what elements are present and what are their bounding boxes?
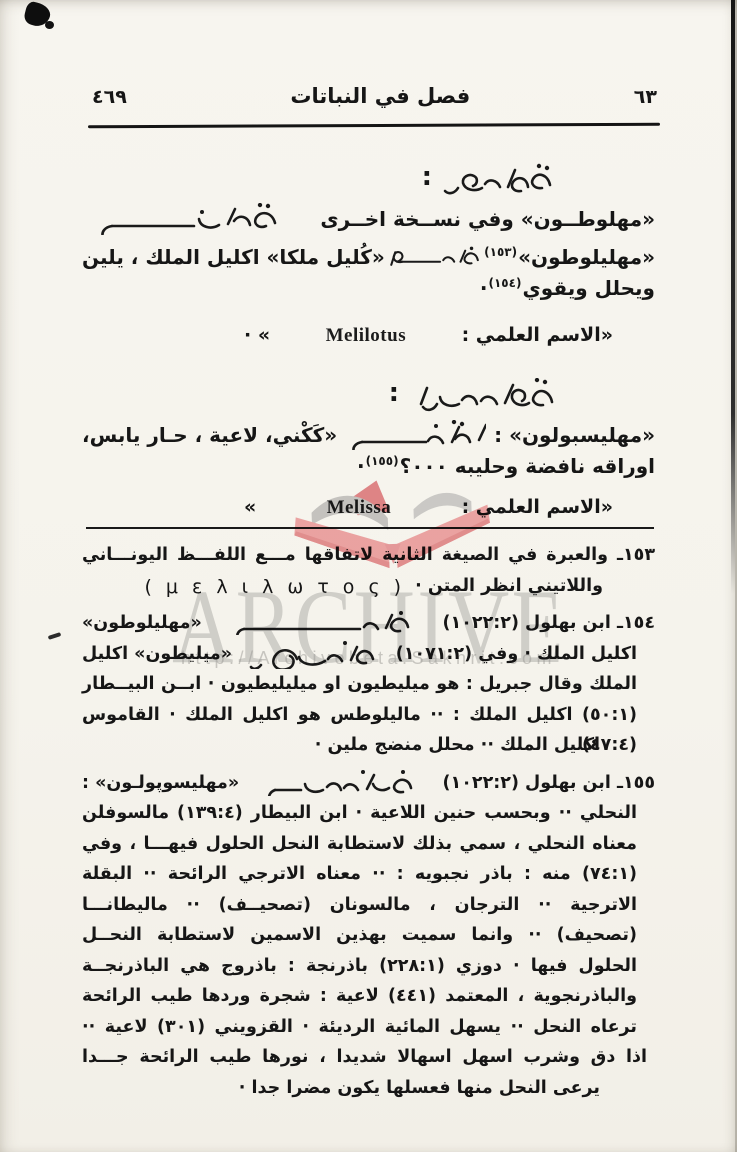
scan-ink-speck — [45, 21, 54, 29]
closing-quote: » — [244, 496, 256, 518]
footnote-154-line-2: اكليل الملك · وفي (١٠٧١:٢) «ميليطون» اكل… — [82, 639, 655, 670]
footnote-155-source: ١٥٥ـ ابن بهلول (١٠٢٢:٢) — [443, 773, 655, 793]
footnote-155-line-6: (تصحيف) ·· وانما سميت بهذين الاسمين لاست… — [82, 920, 655, 951]
entry2-line-1: «مهليسبولون» : «كَكْني، لاعية ، حـار ياب… — [82, 416, 655, 454]
syriac-word-fn154-militon — [249, 639, 379, 669]
footnote-153-line-1: ١٥٣ـ والعبرة في الصيغة الثانية لاتفاقها … — [82, 540, 655, 571]
entry1-line2-text: «كُليل ملكا» اكليل الملك ، يلين — [82, 245, 385, 269]
scanned-book-page: ٦٣ فصل في النباتات ٤٦٩ : «مهلوطــون» وفي… — [0, 0, 737, 1152]
scientific-name-melissa: Melissa — [327, 497, 392, 519]
entry1-line2-right: «مهليلوطون»(١٥٣) — [483, 245, 655, 269]
footnote-154-text: اكليل الملك · وفي (١٠٧١:٢) — [396, 644, 637, 664]
entry1-syriac-heading: : — [82, 160, 655, 200]
footnote-154-line-1: ١٥٤ـ ابن بهلول (١٠٢٢:٢) «مهليلوطون» — [82, 608, 655, 639]
footnote-154-line-4: (٥٠:١) اكليل الملك : ·· ماليلوطس هو اكلي… — [82, 700, 655, 731]
footnote-155-word: «مهليسوپولـون» : — [82, 773, 239, 793]
entry2-line1-word: «مهليسبولون» : — [494, 423, 655, 447]
footnote-155-line-9: ترعاه النحل ·· يسهل المائية الرديئة · ال… — [82, 1012, 655, 1043]
footnote-ref-154: (١٥٤) — [489, 276, 522, 290]
footnote-155-line-3: معناه النحلي ، سمي بذلك لاستطابة النحل ا… — [82, 829, 655, 860]
entry2-line1-text: «كَكْني، لاعية ، حـار يابس، — [82, 423, 337, 447]
closing-quote: » · — [244, 324, 270, 346]
footnote-154-line-5: اكليل الملك ·· محلل منضج ملين · — [82, 730, 655, 761]
entry1-line-3: ويحلل ويقوي(١٥٤)· — [82, 276, 655, 314]
footnotes-section: ١٥٣ـ والعبرة في الصيغة الثانية لاتفاقها … — [82, 540, 655, 1103]
entry1-line-2: «مهليلوطون»(١٥٣) «كُليل ملكا» اكليل المل… — [82, 238, 655, 276]
entry1-line1-text: «مهلوطــون» وفي نســخة اخــرى — [320, 207, 655, 231]
footnote-154-word2: «ميليطون» اكليل — [82, 644, 232, 664]
footnote-153-line-2: واللاتيني انظر المتن · ( μ ε λ ι λ ω τ ο… — [82, 571, 655, 602]
entry2-line-2: اوراقه نافضة وحليبه ٠٠٠؟(١٥٥)· — [82, 454, 655, 492]
sentence-dot: · — [480, 276, 488, 300]
greek-word-melilotos: ( μ ε λ ι λ ω τ ο ς ) — [144, 576, 405, 598]
syriac-word-melissa-heading — [409, 378, 559, 414]
footnote-155-line-8: والباذرنجوية ، المعتمد (٤٤١) لاعية : شجر… — [82, 981, 655, 1012]
footnote-154-word: «مهليلوطون» — [82, 613, 202, 633]
footnote-155-line-11: يرعى النحل منها فعسلها يكون مضرا جدا · — [82, 1073, 655, 1104]
syriac-word-fn154-melilotun — [230, 611, 415, 635]
entry2-line2-text: اوراقه نافضة وحليبه ٠٠٠؟ — [400, 454, 655, 478]
footnote-155-line-10: اذا دق وشرب اسهل اسهالا شديدا ، نورها طي… — [82, 1042, 655, 1073]
footnote-separator-rule — [86, 527, 654, 529]
footnote-153-arabic: واللاتيني انظر المتن · — [415, 576, 603, 596]
syriac-word-klil-malka — [385, 243, 483, 271]
footnote-155-line-2: النحلي ·· وبحسب حنين اللاعية · ابن البيط… — [82, 798, 655, 829]
entry2-syriac-heading: : — [82, 376, 655, 416]
page-title: فصل في النباتات — [290, 84, 470, 108]
footnote-154-source: ١٥٤ـ ابن بهلول (١٠٢٢:٢) — [443, 613, 655, 633]
footnote-ref-153: (١٥٣) — [484, 245, 517, 259]
sentence-dot: · — [357, 454, 365, 478]
scientific-name-label: «الاسم العلمي : — [462, 496, 613, 518]
syriac-word-fn155-melisopoli — [263, 770, 418, 796]
syriac-word-melilotun — [82, 203, 282, 235]
page-number-right: ٦٣ — [634, 86, 657, 108]
scientific-name-label: «الاسم العلمي : — [462, 324, 613, 346]
header-rule — [88, 123, 660, 128]
entry1-line2-word: «مهليلوطون» — [518, 245, 655, 269]
scientific-name-melilotus: Melilotus — [326, 325, 407, 347]
footnote-155-line-4: (٧٤:١) منه : باذر نجبويه : ·· معناه الات… — [82, 859, 655, 890]
footnote-154-line-3: الملك وقال جبريل : هو ميليطيون او ميليلي… — [82, 669, 655, 700]
scan-margin-mark — [48, 632, 62, 640]
entry1-scientific-name-line: «الاسم العلمي : Melilotus » · — [82, 324, 655, 360]
footnote-155-line-7: الحلول فيها · دوزي (٢٢٨:١) باذرنجة : باذ… — [82, 951, 655, 982]
entry1-line3-text: ويحلل ويقوي — [522, 276, 655, 300]
main-text: : «مهلوطــون» وفي نســخة اخــرى «مهليلوط… — [82, 152, 655, 532]
heading-colon: : — [422, 164, 432, 190]
footnote-155-line-1: ١٥٥ـ ابن بهلول (١٠٢٢:٢) «مهليسوپولـون» : — [82, 768, 655, 799]
footnote-155-line-5: الاترجية ·· الترجان ، مالسونان (تصحيــف)… — [82, 890, 655, 921]
page-number-left: ٤٦٩ — [92, 86, 127, 108]
heading-colon: : — [389, 380, 399, 406]
page-header: ٦٣ فصل في النباتات ٤٦٩ — [92, 84, 657, 108]
entry1-line-1: «مهلوطــون» وفي نســخة اخــرى — [82, 200, 655, 238]
syriac-word-melilotus-heading — [442, 163, 557, 197]
footnote-ref-155: (١٥٥) — [366, 454, 399, 468]
syriac-word-laita — [346, 420, 486, 450]
